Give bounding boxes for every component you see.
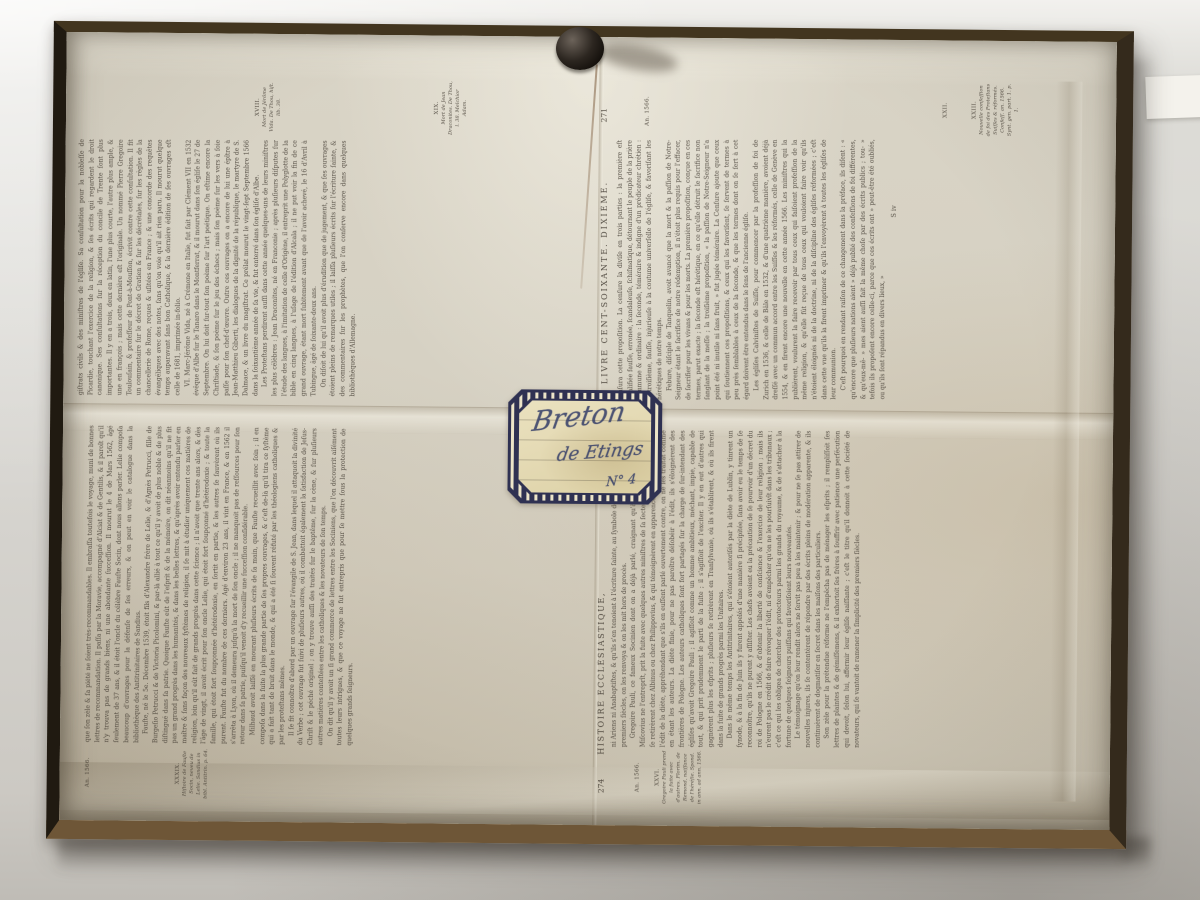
margin-note: XXII. [943, 83, 950, 137]
margin-note: XXIII. Nouvelle confeſſion de foi des Pr… [972, 83, 1021, 137]
margin-note-citation: Hiſtoire de Fauſte Socin, neveu de Lelie… [181, 746, 210, 800]
margin-note-citation: Gregoire Pauli prend la fuite avec d'aut… [661, 750, 703, 804]
margin-note-citation: Mort de Jean Draconites. De Thou, l. 38.… [441, 81, 469, 135]
body-paragraph: C'eſt pourquoi en rendant raiſon de ce c… [839, 139, 888, 399]
margin-note-citation: Nouvelle confeſſion de foi des Proteſtan… [979, 83, 1021, 137]
margin-note: XXXIX. Hiſtoire de Fauſte Socin, neveu d… [174, 746, 210, 800]
body-paragraph: que ſon zèle & ſa piété ne ſoient très-r… [83, 425, 145, 743]
photo-of-framed-picture-back: giſtrats civils & des miniſtres de l'égl… [0, 0, 1200, 900]
body-paragraph: Milhaud avoit laiſſé en mourant pluſieur… [248, 427, 291, 744]
handwriting-line-1: Breton [530, 396, 628, 438]
signature-mark: S iv [889, 139, 899, 399]
margin-note-label: An. 1566. [645, 84, 652, 138]
running-head-title: HISTOIRE ECCLÉSIASTIQUE, [597, 592, 607, 755]
margin-note: An. 1566. [645, 84, 652, 138]
paper-backing: giſtrats civils & des miniſtres de l'égl… [59, 32, 1117, 830]
body-paragraph: Dans le même temps les Antitrinitaires, … [726, 430, 795, 747]
body-paragraph: Son zèle pour la prétendue réforme ne l'… [823, 431, 863, 748]
page-top-left: giſtrats civils & des miniſtres de l'égl… [76, 77, 598, 398]
handwriting-line-3: N° 4 [606, 472, 637, 491]
margin-note: An. 1566. [634, 750, 641, 804]
body-paragraph: Les égliſes Calviniſtes de Suiſſe, pour … [751, 139, 839, 399]
page-top-right: LIVRE CENT-SOIXANTE. DIXIÈME. 271 cenſur… [600, 81, 1106, 400]
running-head-title: LIVRE CENT-SOIXANTE. DIXIÈME. [600, 181, 610, 384]
margin-note: An. 1566. [84, 745, 92, 799]
hanging-nail [556, 27, 604, 70]
body-paragraph: On dit qu'il y avoit un ſi grand commerc… [326, 428, 359, 745]
page-bottom-right: 274HISTOIRE ECCLÉSIASTIQUE, ni Ariens ni… [596, 430, 1107, 806]
page-number: 274 [596, 779, 606, 793]
table-paper-sliver [1145, 75, 1200, 119]
page-body: giſtrats civils & des miniſtres de l'égl… [76, 139, 359, 396]
body-paragraph: Le témoignage qu'on leur rendit alors ne… [794, 431, 824, 748]
body-paragraph: Il ſe fit connoître d'abord par un ouvra… [287, 428, 330, 745]
handwriting-line-2: de Etings [555, 438, 645, 466]
body-paragraph: Les Proteſtans perdirent auſſi dans cett… [261, 140, 321, 396]
body-paragraph: Febure, diſciple de Tanquelin, avoit ava… [664, 140, 752, 400]
page-number: 271 [600, 108, 610, 122]
margin-note: XVIII. Mort de Jérôme Vida. De Thou, hiſ… [255, 80, 283, 134]
body-paragraph: On diſoit de lui qu'il avoit plus d'érud… [319, 140, 359, 396]
body-paragraph: VI. Marc-Jérôme Vida, né à Crémone en It… [183, 140, 262, 396]
margin-note-label: XXII. [943, 83, 950, 137]
page-body: cenſura cette propoſition. La cenſure la… [616, 139, 900, 400]
label-face: Breton de Etings N° 4 [518, 400, 651, 493]
body-paragraph: Fauſte, né le 5e. Décembre 1539, étoit f… [141, 426, 252, 744]
running-head: LIVRE CENT-SOIXANTE. DIXIÈME. 271 [600, 82, 614, 400]
margin-note: XXVI. Gregoire Pauli prend la fuite avec… [654, 750, 703, 804]
body-paragraph: giſtrats civils & des miniſtres de l'égl… [76, 139, 184, 396]
margin-note: XIX. Mort de Jean Draconites. De Thou, l… [434, 81, 469, 135]
margin-note-label: An. 1566. [634, 750, 641, 804]
margin-note-citation: Mort de Jérôme Vida. De Thou, hiſt. lib.… [262, 80, 283, 134]
page-body: que ſon zèle & ſa piété ne ſoient très-r… [83, 425, 359, 746]
body-paragraph: cenſura cette propoſition. La cenſure la… [616, 140, 665, 400]
margin-note-label: An. 1566. [84, 745, 92, 799]
collection-label: Breton de Etings N° 4 [507, 389, 662, 504]
